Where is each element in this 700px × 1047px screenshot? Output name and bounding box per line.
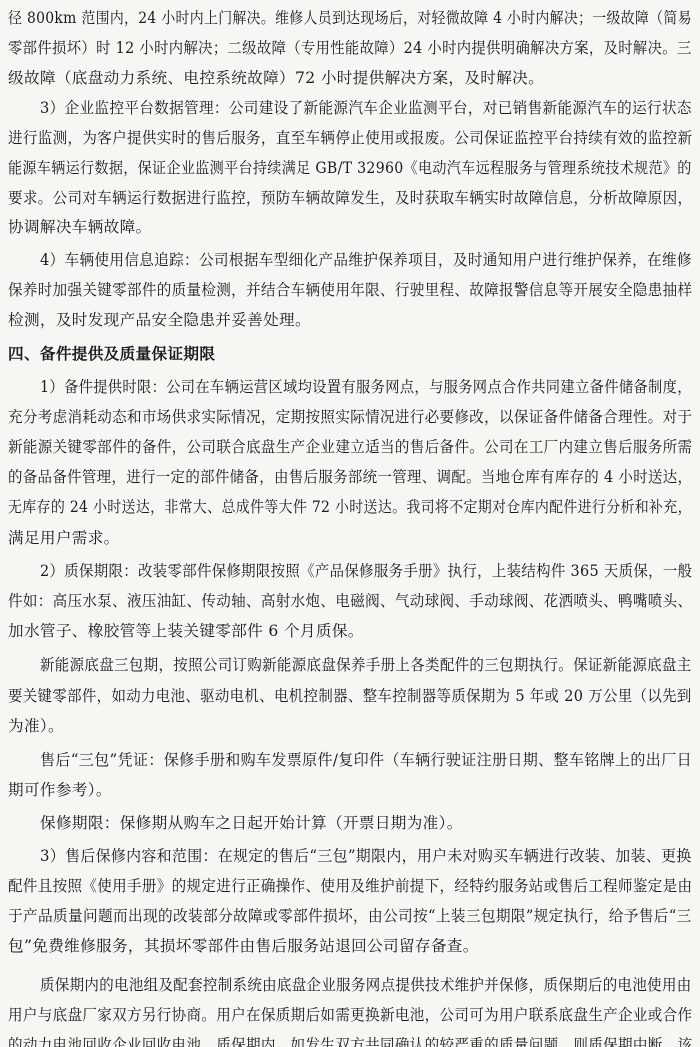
- text-line: 充分考虑消耗动态和市场供求实际情况，定期按照实际情况进行必要修改，以保证备件储备…: [8, 407, 692, 427]
- text-line: 径 800km 范围内，24 小时内上门解决。维修人员到达现场后，对轻微故障 4…: [8, 8, 692, 28]
- text-line: 级故障（底盘动力系统、电控系统故障）72 小时提供解决方案，及时解决。: [8, 68, 544, 88]
- text-line: 检测，及时发现产品安全隐患并妥善处理。: [8, 310, 311, 330]
- text-line: 进行监测，为客户提供实时的售后服务，直至车辆停止使用或报废。公司保证监控平台持续…: [8, 128, 692, 148]
- text-line: 3）售后保修内容和范围：在规定的售后“三包”期限内，用户未对购买车辆进行改装、加…: [40, 846, 692, 866]
- text-line: 能源车辆运行数据，保证企业监测平台持续满足 GB/T 32960《电动汽车远程服…: [8, 158, 692, 178]
- text-line: 协调解决车辆故障。: [8, 217, 152, 237]
- document-page: 径 800km 范围内，24 小时内上门解决。维修人员到达现场后，对轻微故障 4…: [0, 0, 700, 1047]
- section-heading: 四、备件提供及质量保证期限: [8, 344, 215, 364]
- text-line: 4）车辆使用信息追踪：公司根据车型细化产品维护保养项目，及时通知用户进行维护保养…: [40, 250, 692, 270]
- text-line: 配件且按照《使用手册》的规定进行正确操作、使用及维护前提下，经特约服务站或售后工…: [8, 876, 692, 896]
- text-line: 加水管子、橡胶管等上装关键零部件 6 个月质保。: [8, 621, 364, 641]
- text-line: 售后“三包”凭证：保修手册和购车发票原件/复印件（车辆行驶证注册日期、整车铭牌上…: [40, 750, 692, 770]
- text-line: 要关键零部件，如动力电池、驱动电机、电机控制器、整车控制器等质保期为 5 年或 …: [8, 686, 692, 706]
- text-line: 质保期内的电池组及配套控制系统由底盘企业服务网点提供技术维护并保修，质保期后的电…: [40, 975, 692, 995]
- text-line: 保修期限：保修期从购车之日起开始计算（开票日期为准）。: [40, 813, 463, 833]
- text-line: 件如：高压水泵、液压油缸、传动轴、高射水炮、电磁阀、气动球阀、手动球阀、花洒喷头…: [8, 591, 692, 611]
- text-line: 于产品质量问题而出现的改装部分故障或零部件损坏，由公司按“上装三包期限”规定执行…: [8, 906, 692, 926]
- text-line: 2）质保期限：改装零部件保修期限按照《产品保修服务手册》执行，上装结构件 365…: [40, 561, 692, 581]
- text-line: 新能源底盘三包期，按照公司订购新能源底盘保养手册上各类配件的三包期执行。保证新能…: [40, 655, 692, 675]
- text-line: 3）企业监控平台数据管理：公司建设了新能源汽车企业监测平台，对已销售新能源汽车的…: [40, 98, 692, 118]
- text-line: 的动力电池回收企业回收电池。质保期内，如发生双方共同确认的较严重的质量问题，则质…: [8, 1035, 692, 1047]
- text-line: 为准）。: [8, 716, 64, 736]
- text-line: 零部件损坏）时 12 小时内解决；二级故障（专用性能故障）24 小时内提供明确解…: [8, 38, 692, 58]
- text-line: 期可作参考）。: [8, 780, 112, 800]
- text-line: 新能源关键零部件的备件，公司联合底盘生产企业建立适当的售后备件。公司在工厂内建立…: [8, 437, 692, 457]
- text-line: 的备品备件管理，进行一定的部件储备，由售后服务部统一管理、调配。当地仓库有库存的…: [8, 467, 692, 487]
- text-line: 包”免费维修服务，其损坏零部件由售后服务站退回公司留存备查。: [8, 936, 479, 956]
- text-line: 无库存的 24 小时送达，非常大、总成件等大件 72 小时送达。我司将不定期对仓…: [8, 497, 692, 517]
- text-line: 满足用户需求。: [8, 528, 120, 548]
- text-line: 要求。公司对车辆运行数据进行监控，预防车辆故障发生，及时获取车辆实时故障信息，分…: [8, 188, 692, 208]
- text-line: 保养时加强关键零部件的质量检测，并结合车辆使用年限、行驶里程、故障报警信息等开展…: [8, 280, 692, 300]
- text-line: 用户与底盘厂家双方另行协商。用户在保质期后如需更换新电池，公司可为用户联系底盘生…: [8, 1005, 692, 1025]
- text-line: 1）备件提供时限：公司在车辆运营区域均设置有服务网点，与服务网点合作共同建立备件…: [40, 377, 692, 397]
